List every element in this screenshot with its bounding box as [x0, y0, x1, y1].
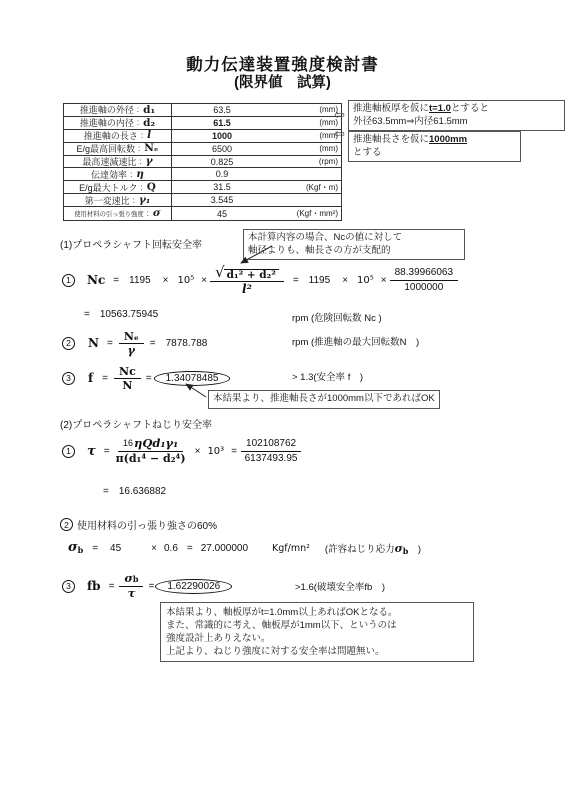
param-value-cell: 45(Kgf・mm²)	[172, 207, 341, 220]
fb-result-note: >1.6(破壊安全率fb )	[295, 579, 385, 593]
equation-n: 2 N = Nₑ γ = 7878.788	[62, 328, 207, 358]
table-row: 推進軸の長さ:l1000(mm)	[64, 130, 341, 143]
fraction-nc-values: 88.39966063 1000000	[390, 267, 458, 293]
params-table-body: 推進軸の外径:d₁63.5(mm)推進軸の内径:d₂61.5(mm)推進軸の長さ…	[64, 104, 341, 220]
callout-thickness-line1: 推進軸板厚を仮にt=1.0とすると	[353, 103, 560, 116]
table-row: 最高速減速比:γ0.825(rpm)	[64, 156, 341, 169]
param-value: 0.9	[172, 169, 272, 179]
param-unit: (Kgf・m)	[272, 182, 341, 193]
param-label: 推進軸の内径	[80, 116, 134, 129]
param-value: 61.5	[172, 118, 272, 128]
param-value-cell: 3.545	[172, 194, 341, 206]
param-symbol: d₂	[143, 118, 155, 129]
callout-thickness-assumption: 推進軸板厚を仮にt=1.0とすると 外径63.5mm⇒内径61.5mm	[348, 100, 565, 131]
param-colon: :	[137, 105, 139, 114]
param-colon: :	[147, 209, 149, 218]
param-symbol: Q	[147, 182, 156, 193]
param-symbol: l	[147, 130, 151, 141]
fraction-tau: 16ηQd₁γ₁ π(d₁⁴ − d₂⁴)	[116, 438, 186, 464]
param-value: 6500	[172, 144, 272, 154]
table-row: 伝達効率:η0.9	[64, 168, 341, 181]
param-symbol: γ	[146, 156, 153, 167]
param-unit: (mm)	[272, 118, 341, 127]
symbol-n: N	[88, 337, 99, 349]
symbol-nc: Nc	[87, 274, 105, 286]
param-unit: (mm)	[272, 144, 341, 153]
equation-nc: 1 Nc = 1195 × 10⁵ × √d₁² + d₂² l² = 1195…	[62, 261, 458, 299]
fraction-ne-gamma: Nₑ γ	[119, 331, 144, 356]
table-row: 推進軸の内径:d₂61.5(mm)	[64, 117, 341, 130]
parameters-table: 推進軸の外径:d₁63.5(mm)推進軸の内径:d₂61.5(mm)推進軸の長さ…	[63, 103, 342, 221]
document-title: 動力伝達装置強度検討書 (限界値 試算)	[0, 55, 565, 92]
section1-heading: (1)プロペラシャフト回転安全率	[60, 236, 202, 251]
sigma-unit: Kgf/mn²	[272, 543, 310, 554]
calculation-document-page: 動力伝達装置強度検討書 (限界値 試算) 推進軸の外径:d₁63.5(mm)推進…	[0, 0, 565, 800]
param-label-cell: E/g最高回転数:Nₑ	[64, 143, 172, 155]
callout-length-assumption: 推進軸長さを仮に1000mm とする	[348, 131, 521, 162]
step-number-1: 1	[62, 445, 75, 458]
tau-result: = 16.636882	[103, 486, 166, 497]
equation-tau: 1 τ = 16ηQd₁γ₁ π(d₁⁴ − d₂⁴) × 10³ = 1021…	[62, 432, 301, 470]
param-value-cell: 6500(mm)	[172, 143, 341, 155]
symbol-fb: fb	[87, 580, 101, 592]
param-symbol: γ₁	[139, 195, 151, 206]
left-arrow-icon: ⇦	[334, 128, 345, 141]
param-label: 推進軸の外径	[80, 103, 134, 116]
fraction-tau-values: 102108762 6137493.95	[241, 438, 301, 464]
param-colon: :	[138, 144, 140, 153]
symbol-tau: τ	[87, 445, 96, 458]
symbol-f: f	[88, 372, 93, 384]
table-row: 第一変速比:γ₁3.545	[64, 194, 341, 207]
nc-result: = 10563.75945	[84, 309, 158, 320]
callout-length-line2: とする	[353, 147, 516, 160]
title-line1: 動力伝達装置強度検討書	[0, 55, 565, 75]
step-number-1: 1	[62, 274, 75, 287]
param-label-cell: 第一変速比:γ₁	[64, 194, 172, 206]
param-value: 45	[172, 209, 272, 219]
param-label: E/g最高回転数	[76, 142, 135, 155]
fraction-sigma-tau: σb τ	[119, 573, 143, 599]
param-colon: :	[140, 183, 142, 192]
table-row: 推進軸の外径:d₁63.5(mm)	[64, 104, 341, 117]
param-unit: (mm)	[272, 131, 341, 140]
symbol-sigma-b: σb	[68, 541, 83, 555]
param-colon: :	[133, 196, 135, 205]
table-row: E/g最高回転数:Nₑ6500(mm)	[64, 143, 341, 156]
param-symbol: d₁	[143, 105, 155, 116]
callout-nc-dominant: 本計算内容の場合、Ncの値に対して 軸径よりも、軸長さの方が支配的	[243, 229, 465, 260]
param-label-cell: 推進軸の外径:d₁	[64, 104, 172, 116]
param-colon: :	[130, 170, 132, 179]
left-arrow-icon: ⇦	[334, 109, 345, 122]
fraction-nc-n: Nc N	[114, 366, 141, 391]
param-value: 63.5	[172, 105, 272, 115]
step-number-2: 2	[62, 337, 75, 350]
param-label-cell: 最高速減速比:γ	[64, 156, 172, 168]
param-value-cell: 0.825(rpm)	[172, 156, 341, 168]
equation-sigma-b: σb = 45 × 0.6 = 27.000000 Kgf/mn² (許容ねじり…	[68, 539, 421, 557]
param-value: 3.545	[172, 195, 272, 205]
param-unit: (mm)	[272, 105, 341, 114]
step-number-2: 2	[60, 518, 73, 531]
sigma-note: (許容ねじり応力σb )	[325, 541, 421, 556]
param-value-cell: 31.5(Kgf・m)	[172, 181, 341, 193]
param-unit: (rpm)	[272, 157, 341, 166]
final-conclusion-box: 本結果より、軸板厚がt=1.0mm以上あればOKとなる。 また、常識的に考え、軸…	[160, 602, 474, 662]
equation-f: 3 f = Nc N = 1.34078485	[62, 363, 230, 393]
param-label-cell: E/g最大トルク:Q	[64, 181, 172, 193]
result-ellipse-fb: 1.62290026	[155, 579, 232, 594]
param-symbol: η	[136, 169, 144, 180]
param-symbol: Nₑ	[144, 143, 158, 154]
param-value-cell: 61.5(mm)	[172, 117, 341, 129]
param-value-cell: 0.9	[172, 168, 341, 180]
callout-thickness-line2: 外径63.5mm⇒内径61.5mm	[353, 116, 560, 129]
step-number-3: 3	[62, 372, 75, 385]
param-label-cell: 使用材料の引っ張り強度:σ	[64, 207, 172, 220]
param-colon: :	[141, 131, 143, 140]
param-symbol: σ	[153, 208, 161, 219]
fraction-sqrt: √d₁² + d₂² l²	[210, 265, 284, 295]
param-label: E/g最大トルク	[79, 181, 137, 194]
param-colon: :	[139, 157, 141, 166]
table-row: E/g最大トルク:Q31.5(Kgf・m)	[64, 181, 341, 194]
param-label-cell: 伝達効率:η	[64, 168, 172, 180]
table-row: 使用材料の引っ張り強度:σ45(Kgf・mm²)	[64, 207, 341, 220]
param-label-cell: 推進軸の長さ:l	[64, 130, 172, 142]
callout-length-ok: 本結果より、推進軸長さが1000mm以下であればOK	[208, 390, 440, 409]
title-line2: (限界値 試算)	[0, 75, 565, 92]
param-label-cell: 推進軸の内径:d₂	[64, 117, 172, 129]
param-label: 使用材料の引っ張り強度	[74, 209, 143, 218]
param-value: 31.5	[172, 182, 272, 192]
param-value: 1000	[172, 131, 272, 141]
result-ellipse-f: 1.34078485	[154, 371, 231, 386]
param-value-cell: 63.5(mm)	[172, 104, 341, 116]
param-label: 最高速減速比	[82, 155, 136, 168]
param-unit: (Kgf・mm²)	[272, 208, 341, 219]
param-value: 0.825	[172, 157, 272, 167]
callout-length-line1: 推進軸長さを仮に1000mm	[353, 134, 516, 147]
step-number-3: 3	[62, 580, 75, 593]
n-result-note: rpm (推進軸の最大回転数N )	[292, 334, 419, 348]
param-label: 伝達効率	[91, 168, 127, 181]
nc-result-note: rpm (危険回転数 Nc )	[292, 310, 382, 324]
equation-fb: 3 fb = σb τ = 1.62290026	[62, 570, 232, 602]
param-colon: :	[137, 118, 139, 127]
section2-heading: (2)プロペラシャフトねじり安全率	[60, 416, 212, 431]
param-label: 推進軸の長さ	[84, 129, 138, 142]
param-value-cell: 1000(mm)	[172, 130, 341, 142]
f-result-note: > 1.3(安全率 f )	[292, 369, 363, 383]
param-label: 第一変速比	[85, 194, 130, 207]
section2-sub2-heading: 2 使用材料の引っ張り強さの60%	[60, 517, 217, 532]
